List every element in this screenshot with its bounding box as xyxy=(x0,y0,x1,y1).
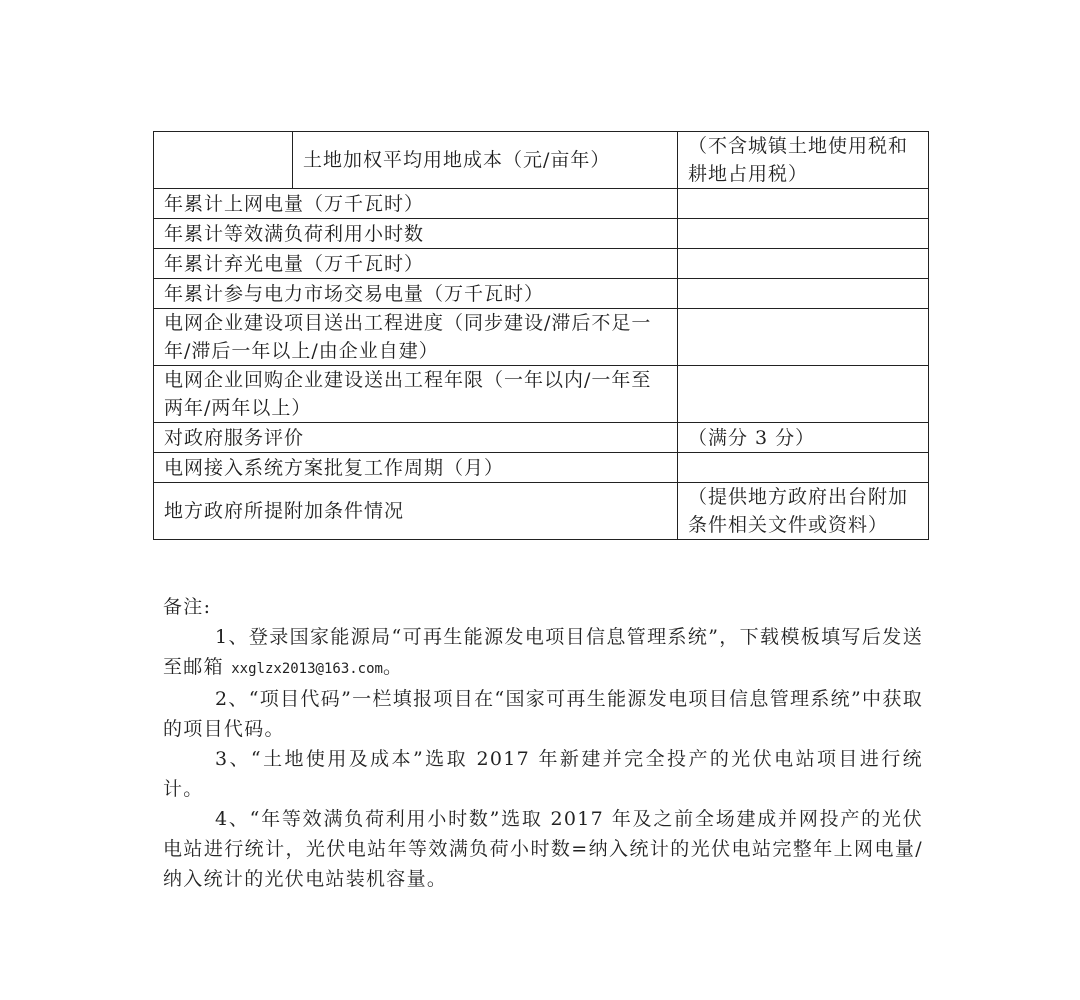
table-cell-value[interactable] xyxy=(678,249,929,279)
table-cell-note: （不含城镇土地使用税和耕地占用税） xyxy=(678,132,929,189)
table-row: 年累计上网电量（万千瓦时） xyxy=(154,189,929,219)
statistics-form-table: 土地加权平均用地成本（元/亩年） （不含城镇土地使用税和耕地占用税） 年累计上网… xyxy=(153,131,929,540)
notes-heading: 备注: xyxy=(163,592,923,622)
table-row: 土地加权平均用地成本（元/亩年） （不含城镇土地使用税和耕地占用税） xyxy=(154,132,929,189)
table-cell-note: （满分 3 分） xyxy=(678,423,929,453)
table-cell-label: 年累计上网电量（万千瓦时） xyxy=(154,189,678,219)
table-row: 年累计弃光电量（万千瓦时） xyxy=(154,249,929,279)
table-cell-value[interactable] xyxy=(678,366,929,423)
table-cell-value[interactable] xyxy=(678,309,929,366)
table-cell-value[interactable] xyxy=(678,453,929,483)
table-row: 年累计参与电力市场交易电量（万千瓦时） xyxy=(154,279,929,309)
note-item-4: 4、“年等效满负荷利用小时数”选取 2017 年及之前全场建成并网投产的光伏电站… xyxy=(163,804,923,894)
note-item-3: 3、“土地使用及成本”选取 2017 年新建并完全投产的光伏电站项目进行统计。 xyxy=(163,744,923,804)
table-cell-label: 土地加权平均用地成本（元/亩年） xyxy=(293,132,678,189)
notes-section: 备注: 1、登录国家能源局“可再生能源发电项目信息管理系统”，下载模板填写后发送… xyxy=(163,592,923,894)
table-row: 年累计等效满负荷利用小时数 xyxy=(154,219,929,249)
table-cell-label: 电网企业建设项目送出工程进度（同步建设/滞后不足一年/滞后一年以上/由企业自建） xyxy=(154,309,678,366)
table-cell-label: 年累计参与电力市场交易电量（万千瓦时） xyxy=(154,279,678,309)
table-cell-label: 电网企业回购企业建设送出工程年限（一年以内/一年至两年/两年以上） xyxy=(154,366,678,423)
table-cell-label: 年累计弃光电量（万千瓦时） xyxy=(154,249,678,279)
note-item-2: 2、“项目代码”一栏填报项目在“国家可再生能源发电项目信息管理系统”中获取的项目… xyxy=(163,684,923,744)
table-row: 电网企业回购企业建设送出工程年限（一年以内/一年至两年/两年以上） xyxy=(154,366,929,423)
note-text: 。 xyxy=(383,656,403,678)
table-row: 地方政府所提附加条件情况 （提供地方政府出台附加条件相关文件或资料） xyxy=(154,483,929,540)
table-cell-label: 地方政府所提附加条件情况 xyxy=(154,483,678,540)
note-item-1: 1、登录国家能源局“可再生能源发电项目信息管理系统”，下载模板填写后发送至邮箱 … xyxy=(163,622,923,684)
table-cell-note: （提供地方政府出台附加条件相关文件或资料） xyxy=(678,483,929,540)
table-cell-label: 电网接入系统方案批复工作周期（月） xyxy=(154,453,678,483)
table-row: 电网企业建设项目送出工程进度（同步建设/滞后不足一年/滞后一年以上/由企业自建） xyxy=(154,309,929,366)
table-cell-label: 年累计等效满负荷利用小时数 xyxy=(154,219,678,249)
document-page: 土地加权平均用地成本（元/亩年） （不含城镇土地使用税和耕地占用税） 年累计上网… xyxy=(0,0,1080,1000)
table-cell-value[interactable] xyxy=(678,189,929,219)
table-cell-value[interactable] xyxy=(678,279,929,309)
table-row: 电网接入系统方案批复工作周期（月） xyxy=(154,453,929,483)
empty-category-cell xyxy=(154,132,293,189)
table-cell-label: 对政府服务评价 xyxy=(154,423,678,453)
email-address: xxglzx2013@163.com xyxy=(231,661,383,677)
table-cell-value[interactable] xyxy=(678,219,929,249)
table-row: 对政府服务评价 （满分 3 分） xyxy=(154,423,929,453)
